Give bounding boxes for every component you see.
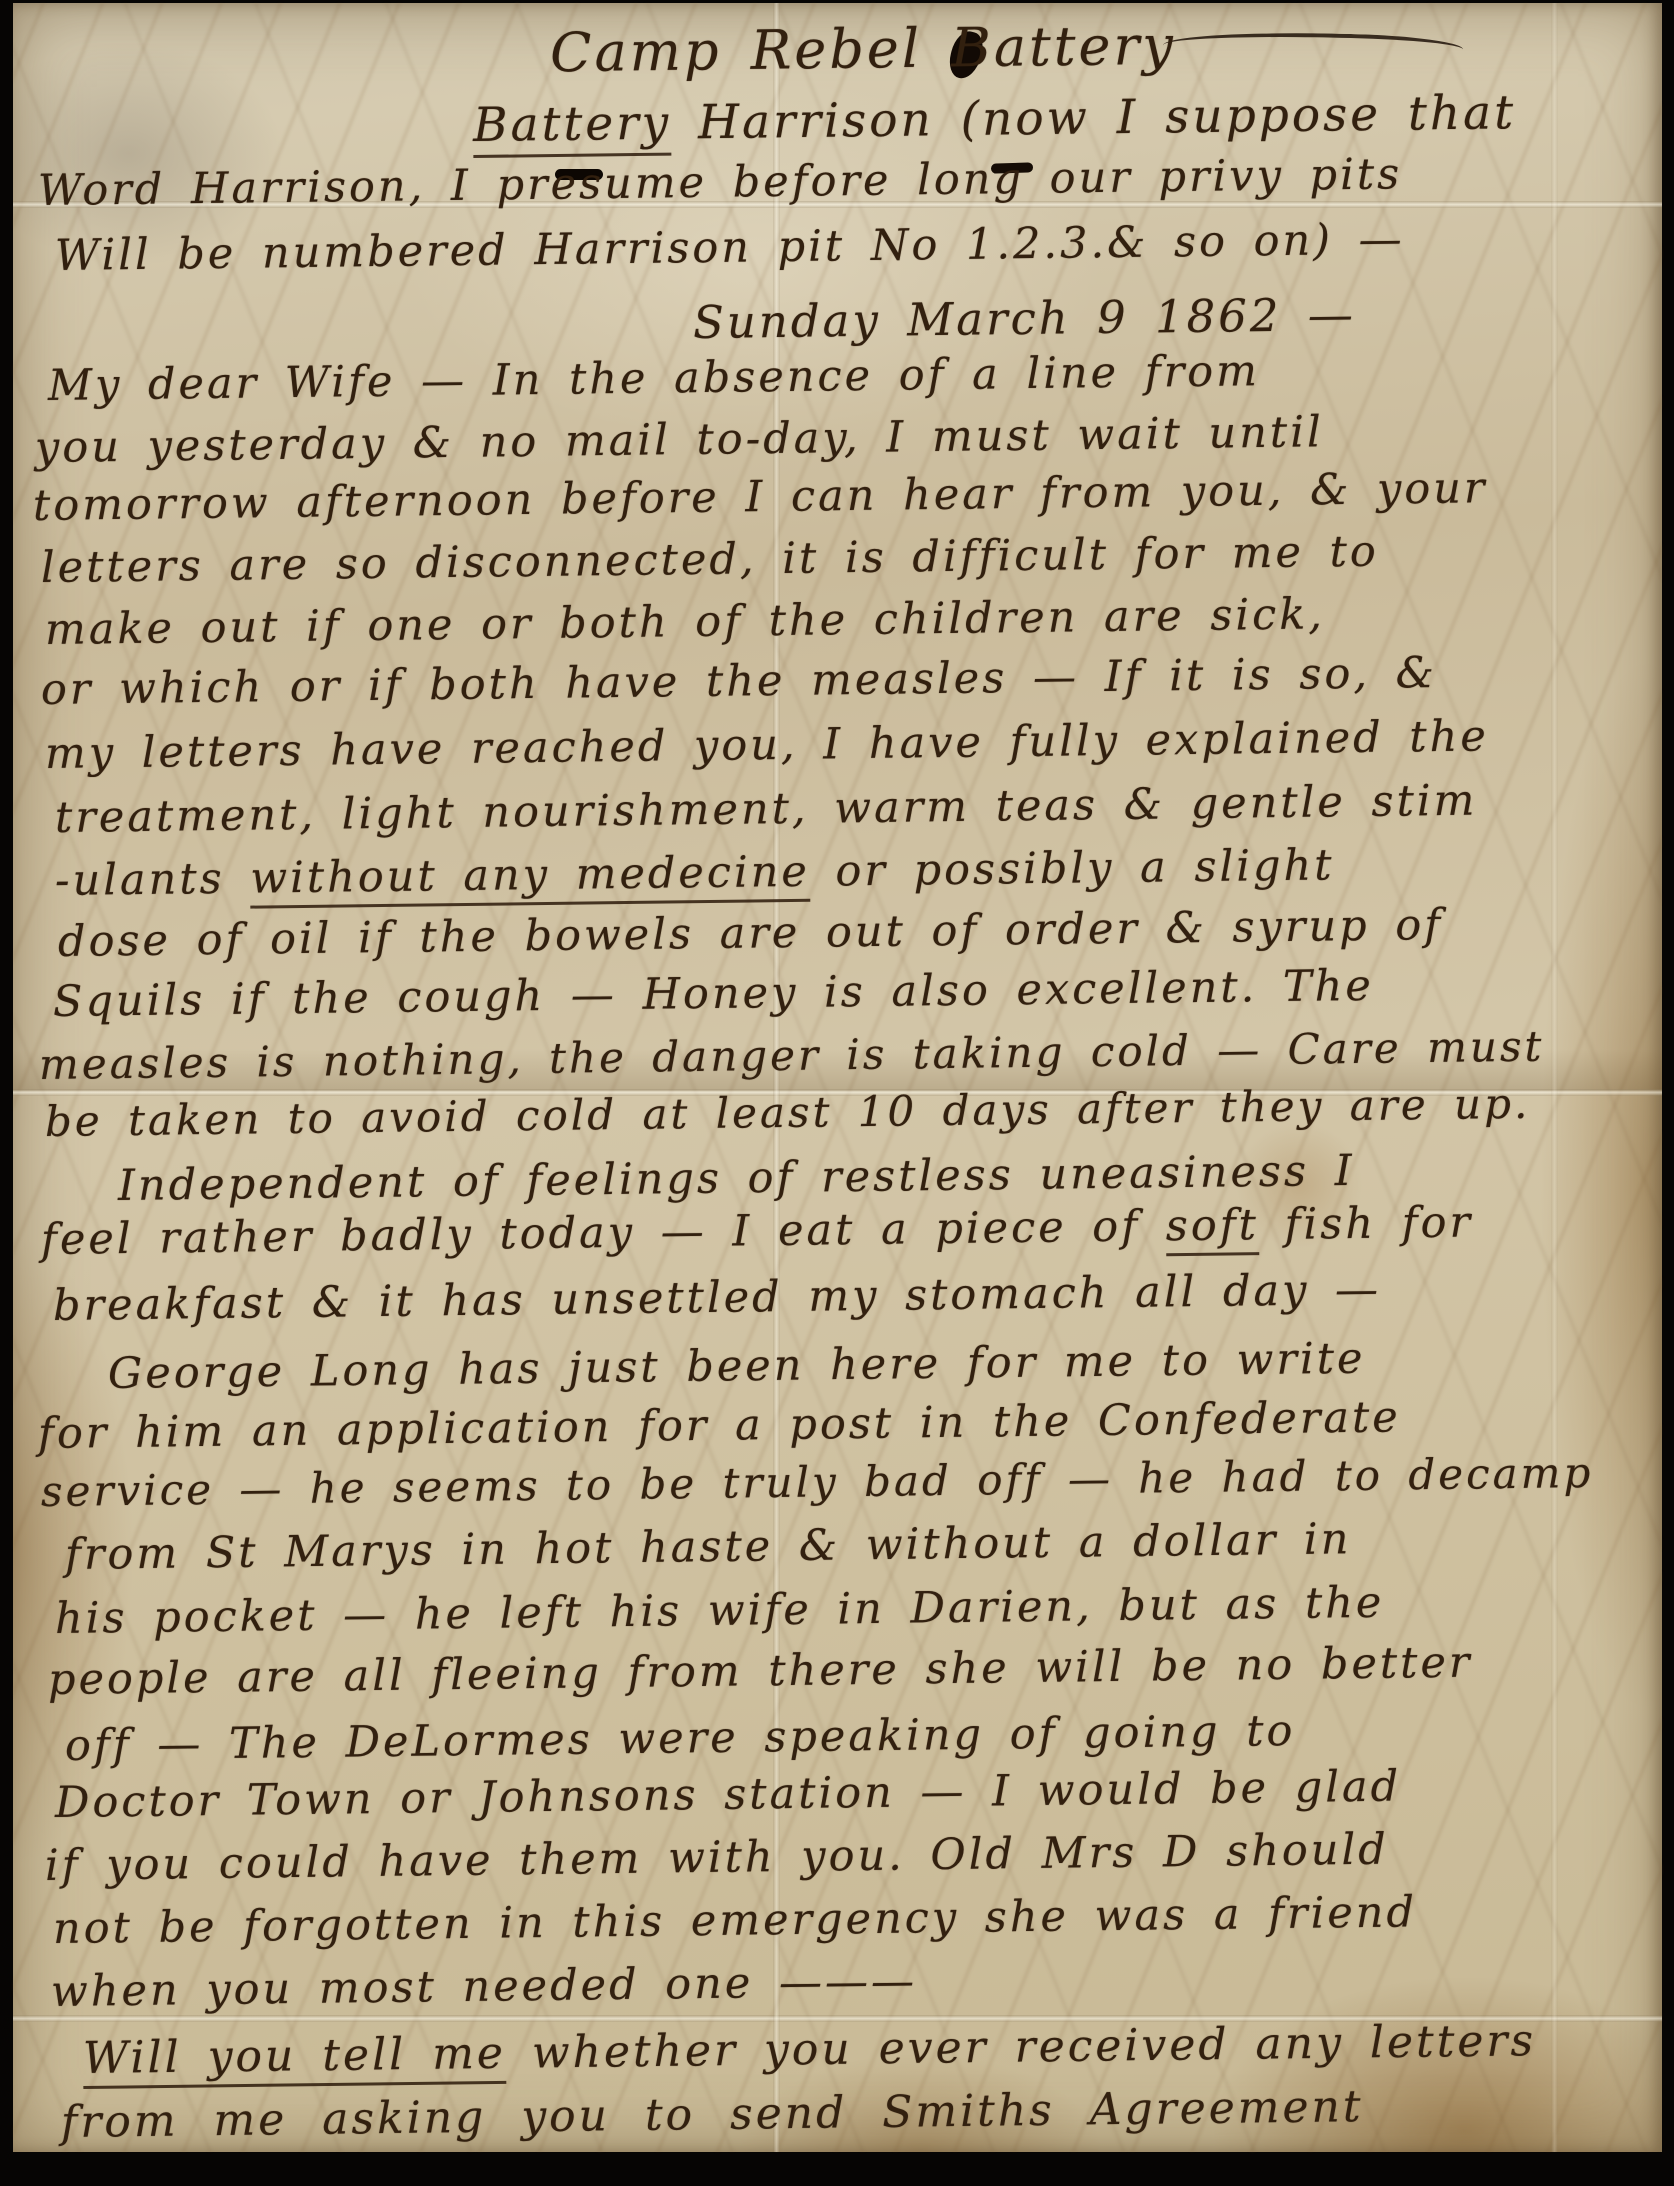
letter-line-26: his pocket — he left his wife in Darien,… — [55, 1578, 1385, 1644]
letter-line-10: make out if one or both of the children … — [45, 589, 1325, 655]
text-segment: be taken to avoid cold at least 10 days … — [45, 1079, 1531, 1146]
text-segment: or which or if both have the measles — I… — [41, 648, 1438, 715]
text-segment: from St Marys in hot haste & without a d… — [65, 1514, 1352, 1580]
text-segment: from me asking you to send Smiths Agreem… — [61, 2081, 1364, 2148]
text-segment: Word Harrison, I presume before long our… — [38, 149, 1403, 216]
letter-line-22: George Long has just been here for me to… — [108, 1334, 1366, 1399]
text-segment: letters are so disconnected, it is diffi… — [41, 527, 1379, 593]
text-segment: my letters have reached you, I have full… — [45, 711, 1489, 779]
letter-line-31: not be forgotten in this emergency she w… — [53, 1887, 1418, 1954]
text-segment: George Long has just been here for me to… — [108, 1334, 1366, 1399]
underlined-text: Will you tell me — [83, 2028, 507, 2089]
letter-line-32: when you most needed one ——— — [51, 1956, 918, 2017]
text-segment: make out if one or both of the children … — [45, 589, 1325, 655]
text-segment: treatment, light nourishment, warm teas … — [55, 776, 1478, 843]
text-segment: Will be numbered Harrison pit No 1.2.3.&… — [55, 215, 1405, 281]
text-segment: dose of oil if the bowels are out of ord… — [58, 900, 1444, 967]
text-segment: feel rather badly today — I eat a piece … — [41, 1201, 1166, 1265]
letter-line-14: -ulants without any medecine or possibly… — [55, 840, 1335, 906]
underlined-text: Battery — [473, 96, 672, 158]
letter-line-11: or which or if both have the measles — I… — [41, 648, 1438, 715]
letter-line-25: from St Marys in hot haste & without a d… — [65, 1514, 1352, 1580]
text-segment: Harrison (now I suppose that — [671, 85, 1517, 150]
text-segment: for him an application for a post in the… — [38, 1392, 1401, 1459]
letter-line-18: be taken to avoid cold at least 10 days … — [45, 1079, 1531, 1146]
text-segment: My dear Wife — In the absence of a line … — [48, 346, 1260, 411]
letter-line-13: treatment, light nourishment, warm teas … — [55, 776, 1478, 843]
text-segment: tomorrow afternoon before I can hear fro… — [33, 463, 1488, 531]
text-segment: off — The DeLormes were speaking of goin… — [65, 1706, 1296, 1771]
text-segment: Doctor Town or Johnsons station — I woul… — [55, 1762, 1402, 1828]
text-segment: Squils if the cough — Honey is also exce… — [53, 961, 1374, 1027]
letter-scan: Camp Rebel BatteryBattery Harrison (now … — [0, 0, 1674, 2186]
text-segment: fish for — [1259, 1198, 1474, 1251]
letter-line-30: if you could have them with you. Old Mrs… — [45, 1825, 1389, 1891]
letter-line-21: breakfast & it has unsettled my stomach … — [53, 1265, 1382, 1331]
letter-line-12: my letters have reached you, I have full… — [45, 711, 1489, 779]
text-segment: or possibly a slight — [809, 840, 1334, 896]
text-segment: breakfast & it has unsettled my stomach … — [53, 1265, 1382, 1331]
letter-line-28: off — The DeLormes were speaking of goin… — [65, 1706, 1296, 1771]
text-segment: whether you ever received any letters — [506, 2015, 1537, 2079]
letter-line-5: Sunday March 9 1862 — — [693, 288, 1356, 349]
letter-line-27: people are all fleeing from there she wi… — [48, 1638, 1473, 1705]
text-segment: people are all fleeing from there she wi… — [48, 1638, 1473, 1705]
letter-line-33: Will you tell me whether you ever receiv… — [83, 2015, 1537, 2084]
text-segment: -ulants — [55, 854, 251, 906]
letter-line-7: you yesterday & no mail to-day, I must w… — [35, 407, 1324, 473]
letter-line-34: from me asking you to send Smiths Agreem… — [61, 2081, 1364, 2148]
text-segment: if you could have them with you. Old Mrs… — [45, 1825, 1389, 1891]
letter-line-17: measles is nothing, the danger is taking… — [39, 1022, 1545, 1089]
fold-crease-vertical-right — [1551, 3, 1558, 2152]
letter-line-1: Camp Rebel Battery — [413, 12, 1314, 86]
letter-page: Camp Rebel BatteryBattery Harrison (now … — [13, 3, 1662, 2152]
text-segment: service — he seems to be truly bad off —… — [41, 1448, 1594, 1516]
text-segment: Sunday March 9 1862 — — [693, 288, 1356, 349]
underlined-text: soft — [1165, 1200, 1259, 1256]
text-segment: his pocket — he left his wife in Darien,… — [55, 1578, 1385, 1644]
text-segment: when you most needed one ——— — [51, 1956, 918, 2017]
letter-line-4: Will be numbered Harrison pit No 1.2.3.&… — [55, 215, 1405, 281]
letter-line-16: Squils if the cough — Honey is also exce… — [53, 961, 1374, 1027]
letter-line-15: dose of oil if the bowels are out of ord… — [58, 900, 1444, 967]
letter-line-6: My dear Wife — In the absence of a line … — [48, 346, 1260, 411]
letter-line-24: service — he seems to be truly bad off —… — [41, 1448, 1594, 1516]
letter-line-2: Battery Harrison (now I suppose that — [473, 85, 1517, 153]
underlined-text: without any medecine — [250, 847, 810, 909]
letter-line-3: Word Harrison, I presume before long our… — [38, 149, 1403, 216]
letter-line-9: letters are so disconnected, it is diffi… — [41, 527, 1379, 593]
text-segment: measles is nothing, the danger is taking… — [39, 1022, 1545, 1089]
text-segment: you yesterday & no mail to-day, I must w… — [35, 407, 1324, 473]
letter-line-8: tomorrow afternoon before I can hear fro… — [33, 463, 1488, 531]
text-segment: Camp Rebel Battery — [550, 14, 1176, 85]
text-segment: not be forgotten in this emergency she w… — [53, 1887, 1418, 1954]
letter-line-29: Doctor Town or Johnsons station — I woul… — [55, 1762, 1402, 1828]
letter-line-23: for him an application for a post in the… — [38, 1392, 1401, 1459]
